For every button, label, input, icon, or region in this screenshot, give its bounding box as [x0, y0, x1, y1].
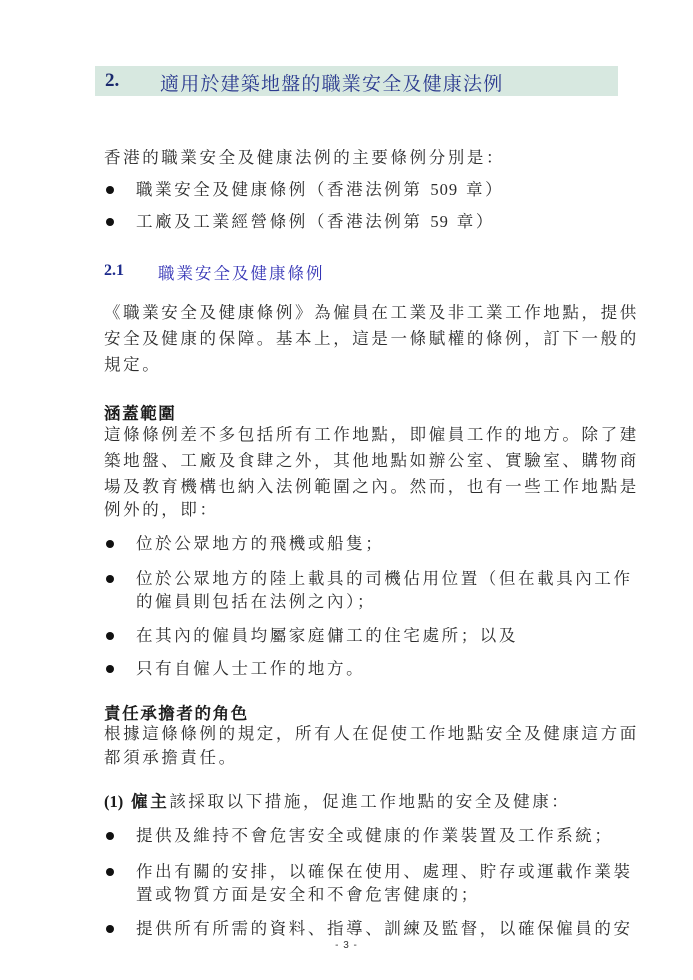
- coverage-bullet-cont: 的僱員則包括在法例之內）；: [136, 592, 376, 612]
- paragraph-line: 《職業安全及健康條例》為僱員在工業及非工業工作地點，提供: [104, 303, 639, 323]
- chapter-number: 2.: [105, 70, 119, 92]
- bullet-text-suffix: 章）: [466, 180, 504, 199]
- paragraph-line: 築地盤、工廠及食肆之外，其他地點如辦公室、實驗室、購物商: [104, 451, 639, 471]
- paragraph-line: 安全及健康的保障。基本上，這是一條賦權的條例，訂下一般的: [104, 329, 639, 349]
- chapter-heading: 2. 適用於建築地盤的職業安全及健康法例: [95, 66, 618, 96]
- employer-duties-intro: (1) 僱主該採取以下措施，促進工作地點的安全及健康：: [104, 792, 570, 812]
- item-text: 該採取以下措施，促進工作地點的安全及健康：: [169, 792, 570, 811]
- chapter-title: 適用於建築地盤的職業安全及健康法例: [160, 69, 503, 96]
- paragraph-line: 都須承擔責任。: [104, 748, 238, 768]
- bullet-icon: [106, 665, 114, 673]
- bullet-icon: [106, 632, 114, 640]
- employer-bullet: 提供所有所需的資料、指導、訓練及監督，以確保僱員的安: [136, 919, 633, 939]
- bullet-icon: [106, 868, 114, 876]
- bullet-text-prefix: 職業安全及健康條例（香港法例第: [136, 180, 423, 199]
- employer-bullet: 提供及維持不會危害安全或健康的作業裝置及工作系統；: [136, 826, 614, 846]
- employer-term: 僱主: [131, 792, 169, 811]
- bullet-icon: [106, 186, 114, 194]
- item-number: (1): [104, 792, 123, 811]
- bullet-icon: [106, 832, 114, 840]
- coverage-heading: 涵蓋範圍: [104, 400, 176, 424]
- coverage-bullet: 位於公眾地方的陸上載具的司機佔用位置（但在載具內工作: [136, 569, 633, 589]
- intro-text: 香港的職業安全及健康法例的主要條例分別是：: [104, 148, 505, 168]
- paragraph-line: 場及教育機構也納入法例範圍之內。然而，也有一些工作地點是: [104, 477, 639, 497]
- bullet-icon: [106, 540, 114, 548]
- chapter-cap-number: 509: [430, 180, 458, 199]
- chapter-cap-number: 59: [430, 212, 449, 231]
- roles-heading: 責任承擔者的角色: [104, 700, 249, 724]
- intro-bullet-2: 工廠及工業經營條例（香港法例第 59 章）: [136, 212, 495, 232]
- employer-bullet: 作出有關的安排，以確保在使用、處理、貯存或運載作業裝: [136, 862, 633, 882]
- bullet-text-prefix: 工廠及工業經營條例（香港法例第: [136, 212, 423, 231]
- page-number: - 3 -: [0, 940, 693, 951]
- bullet-text-suffix: 章）: [457, 212, 495, 231]
- paragraph-line: 根據這條條例的規定，所有人在促使工作地點安全及健康這方面: [104, 724, 639, 744]
- bullet-icon: [106, 925, 114, 933]
- paragraph-line: 規定。: [104, 355, 161, 375]
- coverage-bullet: 只有自僱人士工作的地方。: [136, 659, 365, 679]
- bullet-icon: [106, 575, 114, 583]
- paragraph-line: 例外的，即：: [104, 500, 219, 520]
- section-number: 2.1: [104, 262, 124, 280]
- paragraph-line: 這條條例差不多包括所有工作地點，即僱員工作的地方。除了建: [104, 425, 639, 445]
- coverage-bullet: 位於公眾地方的飛機或船隻；: [136, 534, 384, 554]
- section-title: 職業安全及健康條例: [158, 260, 325, 284]
- coverage-bullet: 在其內的僱員均屬家庭傭工的住宅處所；以及: [136, 626, 518, 646]
- bullet-icon: [106, 218, 114, 226]
- employer-bullet-cont: 置或物質方面是安全和不會危害健康的；: [136, 885, 480, 905]
- document-page: 2. 適用於建築地盤的職業安全及健康法例 香港的職業安全及健康法例的主要條例分別…: [0, 0, 693, 980]
- intro-bullet-1: 職業安全及健康條例（香港法例第 509 章）: [136, 180, 504, 200]
